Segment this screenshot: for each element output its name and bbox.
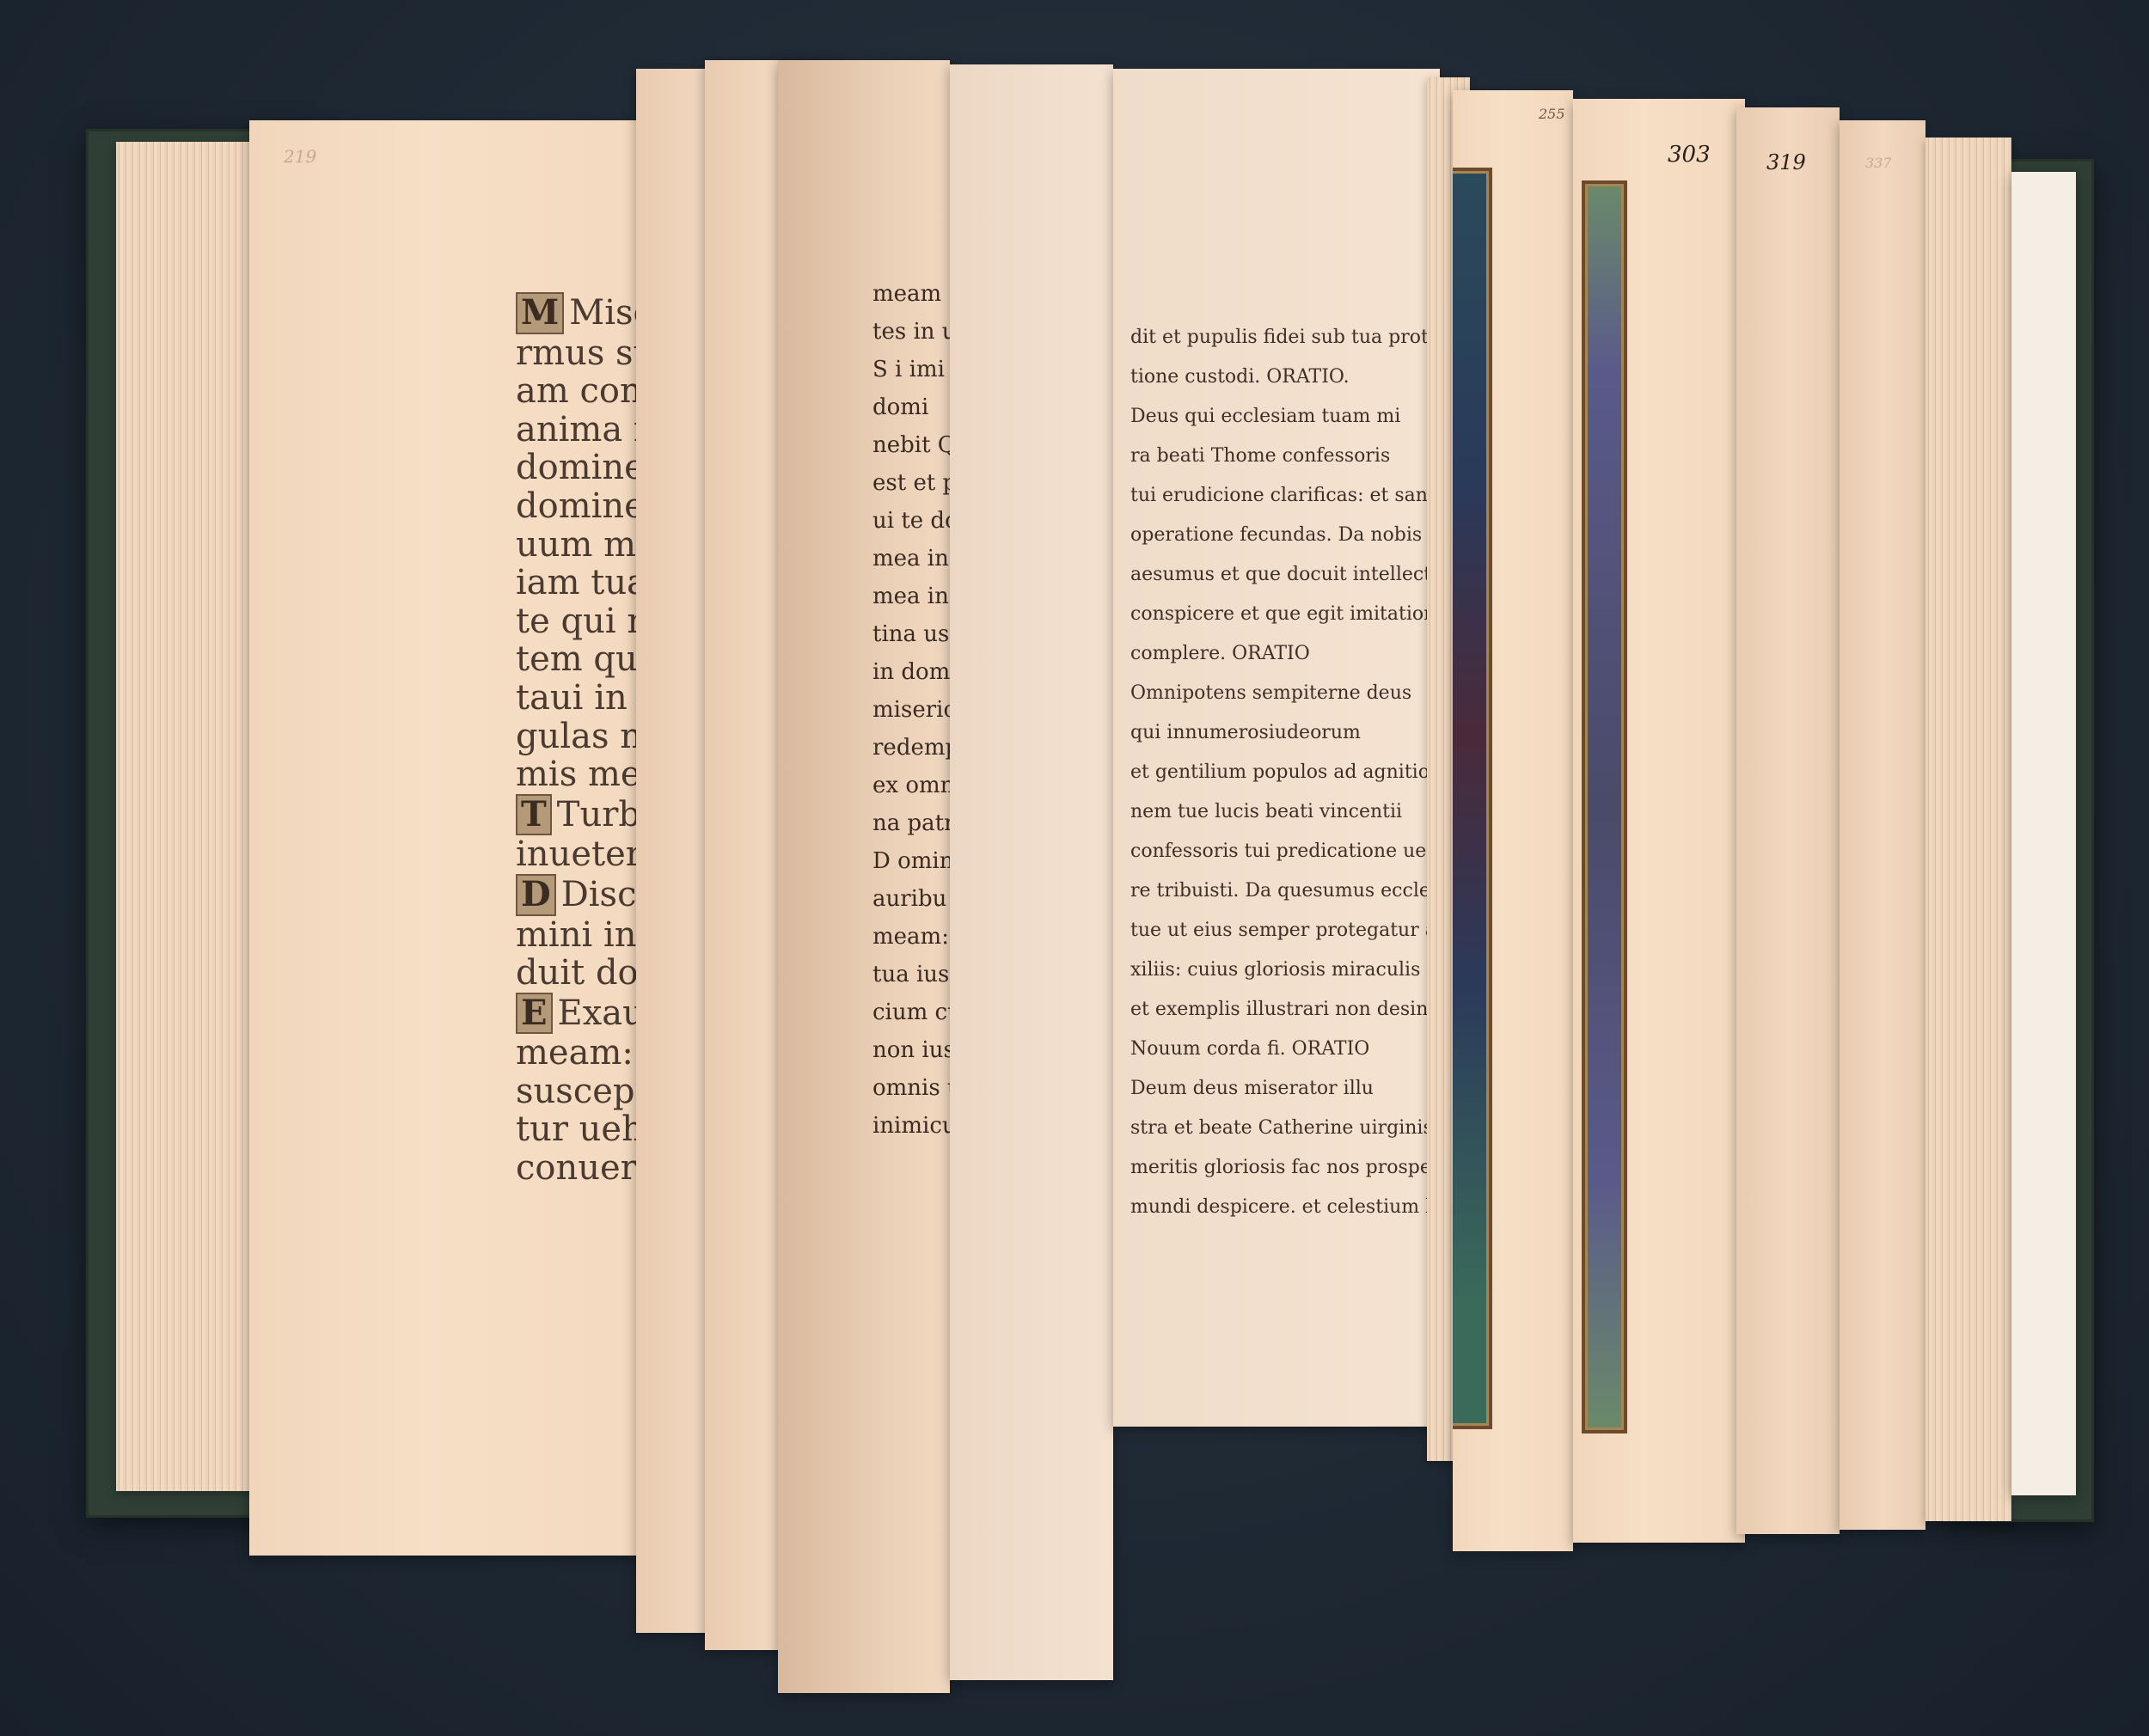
right-page-4: 337 — [1840, 120, 1926, 1530]
right-endpaper — [2011, 172, 2076, 1495]
illuminated-initial-m: M — [516, 292, 564, 334]
page-number-337: 337 — [1865, 155, 1892, 171]
right-page-3: 319 — [1736, 107, 1840, 1534]
page-number-left: 219 — [284, 146, 316, 167]
illuminated-border-2 — [1582, 180, 1627, 1433]
page-stack-right — [1926, 138, 2011, 1521]
illuminated-initial-e: E — [516, 993, 553, 1035]
page-number-255: 255 — [1539, 106, 1565, 122]
left-page: 219 MMiserere rmus sum am contu anima m … — [249, 120, 696, 1556]
center-left-page — [950, 64, 1113, 1680]
illuminated-page-1: 255 — [1453, 90, 1573, 1551]
illuminated-initial-d: D — [516, 874, 556, 916]
illuminated-initial-t: T — [516, 794, 552, 836]
fanned-page-3: meam tes in uoce S i imi domi nebit Qu e… — [778, 60, 950, 1693]
page-number-303: 303 — [1668, 142, 1711, 168]
center-right-page: dit et pupulis fidei sub tua protec tion… — [1113, 69, 1440, 1427]
center-right-page-text: dit et pupulis fidei sub tua protec tion… — [1130, 318, 1440, 1227]
illuminated-page-2: 303 — [1573, 99, 1745, 1543]
page-stack-left — [116, 142, 254, 1491]
page-number-319: 319 — [1766, 150, 1806, 174]
illuminated-border-1 — [1453, 168, 1492, 1429]
fanned-page-text: meam tes in uoce S i imi domi nebit Qu e… — [872, 275, 950, 1145]
